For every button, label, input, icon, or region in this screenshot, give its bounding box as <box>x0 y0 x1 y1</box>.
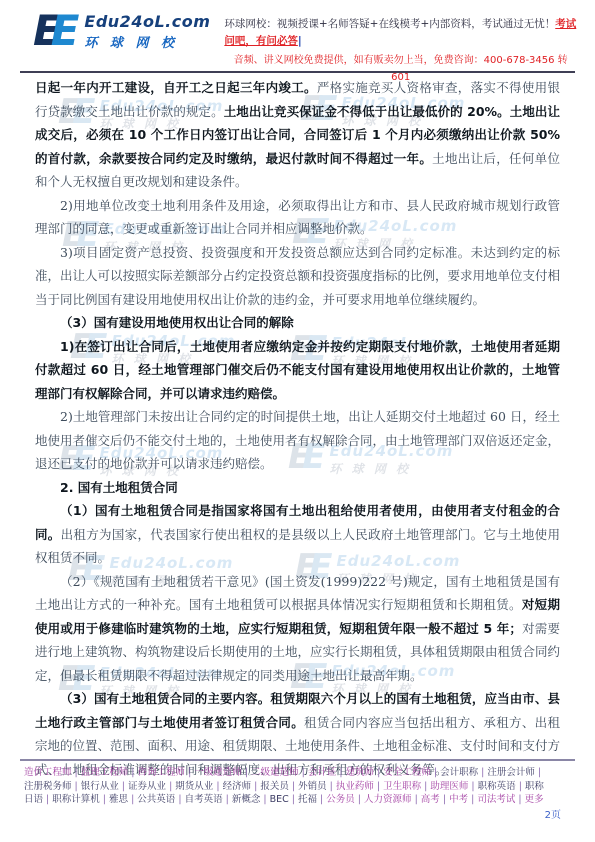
footer-separator: | <box>431 767 440 778</box>
footer-link[interactable]: 卫生职称 <box>383 781 421 792</box>
paragraph: 3)项目固定资产总投资、投资强度和开发投资总额应达到合同约定标准。未达到约定的标… <box>35 241 560 312</box>
header-tagline: 环球网校：视频授课+名师答疑+在线模考+内部资料，考试通过无忧！考试问吧，有问必… <box>224 16 577 50</box>
footer-link[interactable]: 报关员 <box>260 781 289 792</box>
footer-link[interactable]: 造价工程师 <box>24 767 72 778</box>
text-run: 2)土地管理部门未按出让合同约定的时间提供土地，出让人延期交付土地超过 60 日… <box>35 409 560 471</box>
footer-link[interactable]: 安全工程师 <box>383 767 431 778</box>
logo-brand: Edu24oL.com <box>84 12 210 31</box>
paragraph: （1）国有土地租赁合同是指国家将国有土地出租给使用者使用，由使用者支付租金的合同… <box>35 499 560 570</box>
page-number: 2页 <box>545 806 561 821</box>
footer-separator: | <box>260 794 269 805</box>
footer-divider <box>20 759 575 761</box>
footer-link[interactable]: 二级建造师 <box>251 767 299 778</box>
footer-link[interactable]: 外销员 <box>298 781 327 792</box>
footer-separator: | <box>185 767 194 778</box>
header-text: 环球网校：视频授课+名师答疑+在线模考+内部资料，考试通过无忧！考试问吧，有问必… <box>224 10 577 86</box>
footer-link[interactable]: 高考 <box>421 794 440 805</box>
tagline-suffix: | <box>298 35 302 47</box>
footer-links-line: 注册税务师 | 银行从业 | 证券从业 | 期货从业 | 经济师 | 报关员 |… <box>24 780 571 794</box>
footer-separator: | <box>468 781 477 792</box>
footer-separator: | <box>317 794 326 805</box>
footer-separator: | <box>535 767 541 778</box>
footer-link[interactable]: 会计职称 <box>440 767 478 778</box>
footer-link[interactable]: 雅思 <box>109 794 128 805</box>
page-header: EE Edu24oL.com 环 球 网 校 环球网校：视频授课+名师答疑+在线… <box>0 0 595 86</box>
footer-separator: | <box>43 794 52 805</box>
text-run: 2)用地单位改变土地利用条件及用途，必须取得出让方和市、县人民政府城市规划行政管… <box>35 198 560 237</box>
header-divider <box>20 71 575 73</box>
footer-link[interactable]: 期货从业 <box>175 781 213 792</box>
footer-separator: | <box>336 767 345 778</box>
footer-link[interactable]: 建筑师 <box>346 767 375 778</box>
footer-separator: | <box>72 781 81 792</box>
footer-separator: | <box>468 794 477 805</box>
footer-link[interactable]: 经济师 <box>223 781 252 792</box>
paragraph: 日起一年内开工建设，自开工之日起三年内竣工。严格实施竞买人资格审查，落实不得使用… <box>35 76 560 194</box>
logo-text: Edu24oL.com 环 球 网 校 <box>84 12 210 51</box>
footer-link[interactable]: 托福 <box>298 794 317 805</box>
footer-link[interactable]: 注册税务师 <box>24 781 72 792</box>
paragraph: 2)用地单位改变土地利用条件及用途，必须取得出让方和市、县人民政府城市规划行政管… <box>35 194 560 241</box>
bold-text-run: 2. 国有土地租赁合同 <box>60 480 178 495</box>
footer-link[interactable]: 职称英语 <box>478 781 516 792</box>
footer-separator: | <box>100 794 109 805</box>
bold-text-run: 1)在签订出让合同后，土地使用者应缴纳定金并按约定期限支付地价款，土地使用者延期… <box>35 339 560 401</box>
paragraph: （3）国有建设用地使用权出让合同的解除 <box>35 311 560 335</box>
paragraph: 2)土地管理部门未按出让合同约定的时间提供土地，出让人延期交付土地超过 60 日… <box>35 405 560 476</box>
footer-link[interactable]: 执业药师 <box>336 781 374 792</box>
footer-separator: | <box>440 794 449 805</box>
footer-link[interactable]: 证券从业 <box>128 781 166 792</box>
footer-separator: | <box>289 794 298 805</box>
footer-link[interactable]: 一级建造师 <box>194 767 242 778</box>
footer-separator: | <box>223 794 232 805</box>
text-run: （2）《规范国有土地租赁若干意见》(国土资发(1999)222 号)规定，国有土… <box>35 574 560 613</box>
footer-separator: | <box>374 767 383 778</box>
footer-separator: | <box>251 781 260 792</box>
footer-separator: | <box>72 767 81 778</box>
footer-separator: | <box>128 767 137 778</box>
paragraph: 2. 国有土地租赁合同 <box>35 476 560 500</box>
footer-separator: | <box>299 767 308 778</box>
paragraph: 1)在签订出让合同后，土地使用者应缴纳定金并按约定期限支付地价款，土地使用者延期… <box>35 335 560 406</box>
footer-links-line: 造价工程师 | 监理工程师 | 咨询工程师 | 一级建造师 | 二级建造师 | … <box>24 766 571 780</box>
logo-e-light: E <box>51 10 80 52</box>
footer-link[interactable]: 人力资源师 <box>364 794 412 805</box>
footer-separator: | <box>166 781 175 792</box>
edu24ol-logo-icon: EE <box>33 10 79 52</box>
footer-separator: | <box>412 794 421 805</box>
footer-separator: | <box>374 781 383 792</box>
logo-brand-cn: 环 球 网 校 <box>84 32 210 51</box>
footer-link[interactable]: 会计证 <box>308 767 337 778</box>
footer-link[interactable]: 咨询工程师 <box>138 767 186 778</box>
document-body: 日起一年内开工建设，自开工之日起三年内竣工。严格实施竞买人资格审查，落实不得使用… <box>35 76 560 781</box>
footer-link[interactable]: 新概念 <box>232 794 261 805</box>
footer-link[interactable]: 注册会计师 <box>487 767 535 778</box>
footer-link[interactable]: 司法考试 <box>477 794 515 805</box>
footer-separator: | <box>119 781 128 792</box>
footer-separator: | <box>289 781 298 792</box>
document-page: EEEdu24oL.com环 球 网 校EEEdu24oL.com环 球 网 校… <box>0 0 595 842</box>
text-run: 3)项目固定资产总投资、投资强度和开发投资总额应达到合同约定标准。未达到约定的标… <box>35 245 560 307</box>
footer-link[interactable]: 更多 <box>525 794 544 805</box>
footer-link[interactable]: 银行从业 <box>81 781 119 792</box>
footer-separator: | <box>516 781 525 792</box>
footer-link[interactable]: 中考 <box>449 794 468 805</box>
footer-link[interactable]: 助理医师 <box>430 781 468 792</box>
footer-separator: | <box>128 794 137 805</box>
footer-separator: | <box>421 781 430 792</box>
footer-link[interactable]: 自考英语 <box>185 794 223 805</box>
footer-separator: | <box>213 781 222 792</box>
footer-links-line: 日语 | 职称计算机 | 雅思 | 公共英语 | 自考英语 | 新概念 | BE… <box>24 793 571 807</box>
footer-separator: | <box>175 794 184 805</box>
footer-separator: | <box>355 794 364 805</box>
tagline-text: 环球网校：视频授课+名师答疑+在线模考+内部资料，考试通过无忧！ <box>224 18 555 30</box>
footer-separator: | <box>515 794 524 805</box>
footer-link[interactable]: 公共英语 <box>137 794 175 805</box>
header-notice: 音频、讲义网校免费提供，如有贩卖勿上当，免费咨询：400-678-3456 转 … <box>224 52 577 86</box>
footer-link[interactable]: 日语 <box>24 794 43 805</box>
bold-text-run: （3）国有建设用地使用权出让合同的解除 <box>60 315 294 330</box>
footer-link[interactable]: 职称计算机 <box>52 794 100 805</box>
text-run: 出租方为国家，代表国家行使出租权的是县级以上人民政府土地管理部门。它与土地使用权… <box>35 527 560 566</box>
footer-links: 造价工程师 | 监理工程师 | 咨询工程师 | 一级建造师 | 二级建造师 | … <box>24 766 571 807</box>
edu24ol-logo: EE Edu24oL.com 环 球 网 校 <box>33 10 210 52</box>
footer-separator: | <box>327 781 336 792</box>
footer-link[interactable]: 监理工程师 <box>81 767 129 778</box>
footer-link[interactable]: 公务员 <box>326 794 355 805</box>
footer-link[interactable]: 职称 <box>525 781 544 792</box>
footer-link[interactable]: BEC <box>270 794 289 805</box>
paragraph: （2）《规范国有土地租赁若干意见》(国土资发(1999)222 号)规定，国有土… <box>35 570 560 688</box>
footer-separator: | <box>478 767 487 778</box>
footer-separator: | <box>242 767 251 778</box>
